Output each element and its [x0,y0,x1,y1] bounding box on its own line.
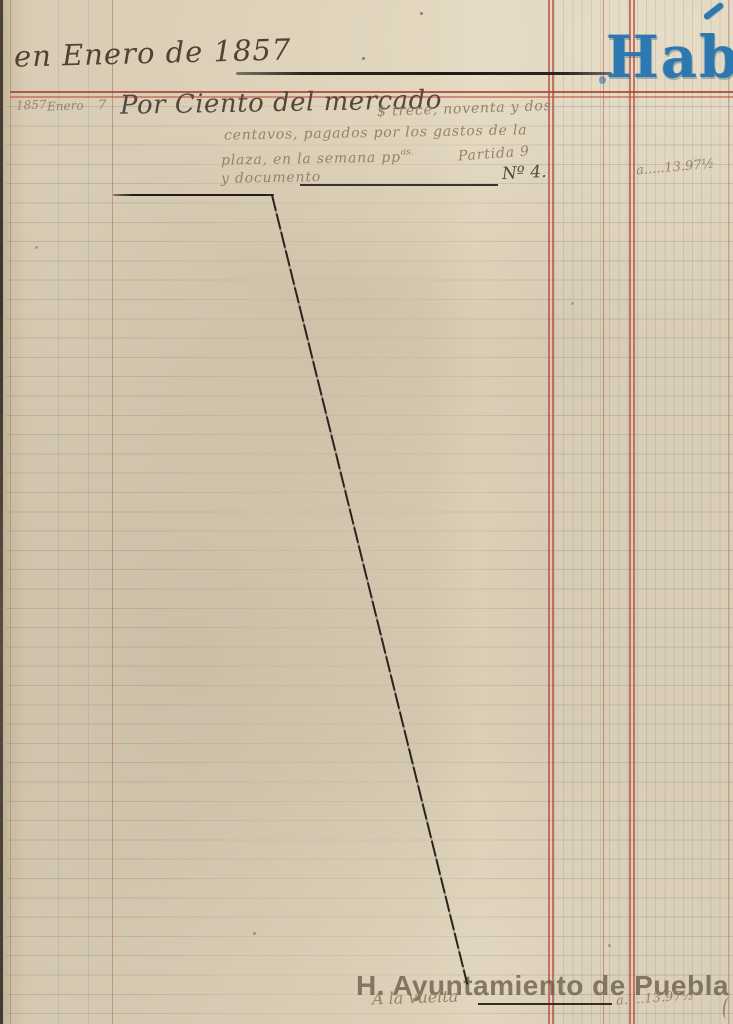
paper-speck [608,944,611,947]
amount-column-red-rule-4 [728,0,729,1024]
description-column-rule [112,0,113,1024]
document-number: Nº 4. [502,162,547,184]
amount-column-red-rule-3a [629,0,631,1024]
amount-column-red-rule-2 [603,0,604,1024]
haber-column-heading: Haber [606,23,733,92]
column-rule-faint-1 [58,0,59,1024]
entry-detail-line-3: plaza, en la semana ppas. [221,147,414,168]
amount-column-red-rule-1b [552,0,554,1024]
period-header-script: en Enero de 1857 [14,32,292,73]
right-column-sub-rules [554,0,733,1024]
amount-column-red-rule-3b [633,0,635,1024]
binding-crease [10,0,11,1024]
paper-speck [420,12,423,15]
carry-forward-label: A la vuelta [372,987,459,1009]
paper-speck [35,246,38,249]
paper-speck [571,302,574,305]
paper-speck [253,932,256,935]
period-header-underline [236,72,612,75]
blue-ink-smudge [599,76,606,84]
entry-date-month: Enero [47,98,84,113]
entry-date-year: 1857 [16,97,47,112]
entry-abbreviation-superscript: as. [401,147,414,157]
carry-forward-fill-line [478,1003,612,1005]
cancellation-line-horizontal [113,194,274,196]
entry-date-day: 7 [98,98,106,113]
entry-detail-line-3-text: plaza, en la semana pp [221,150,401,169]
scan-left-edge [0,0,3,1024]
paper-speck [362,57,365,60]
ledger-page: H. Ayuntamiento de Puebla en Enero de 18… [0,0,733,1024]
date-column-rule [88,0,89,1024]
amount-column-red-rule-1a [548,0,550,1024]
document-fill-line [300,184,498,186]
